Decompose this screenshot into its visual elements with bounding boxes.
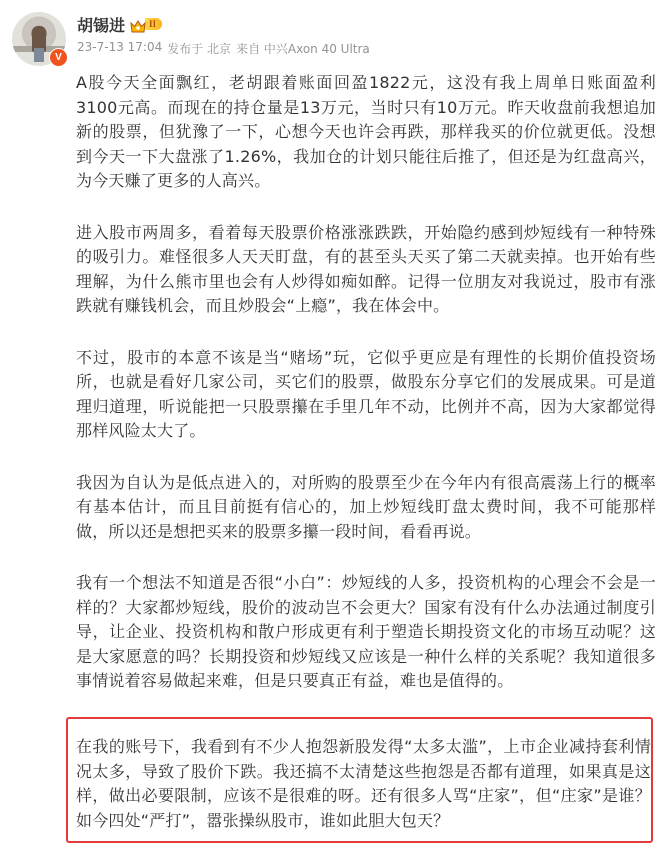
paragraph: 进入股市两周多，看着每天股票价格涨涨跌跌，开始隐约感到炒短线有一种特殊的吸引力。… <box>76 221 656 319</box>
paragraph: 不过，股市的本意不该是当“赌场”玩，它似乎更应是有理性的长期价值投资场所，也就是… <box>76 346 656 444</box>
post-body: A股今天全面飘红，老胡跟着账面回盈1822元，这没有我上周单日账面盈利3100元… <box>76 71 656 721</box>
paragraph: 我有一个想法不知道是否很“小白”：炒短线的人多，投资机构的心理会不会是一样的？大… <box>76 571 656 694</box>
crown-icon <box>130 18 146 31</box>
paragraph: 我因为自认为是低点进入的，对所购的股票至少在今年内有很高震荡上行的概率有基本估计… <box>76 471 656 545</box>
post-location: 发布于 北京 <box>167 40 231 57</box>
post-source: 来自 中兴Axon 40 Ultra <box>236 40 370 57</box>
verified-v-icon: V <box>49 48 68 67</box>
weibo-post: V 胡锡进 II 23-7-13 17:04 发布于 北京 来自 中兴Axon … <box>0 0 660 850</box>
vip-badge[interactable]: II <box>130 16 162 32</box>
avatar[interactable]: V <box>12 12 66 66</box>
post-timestamp[interactable]: 23-7-13 17:04 <box>77 40 162 57</box>
paragraph: A股今天全面飘红，老胡跟着账面回盈1822元，这没有我上周单日账面盈利3100元… <box>76 71 656 194</box>
vip-level: II <box>145 18 162 30</box>
author-name[interactable]: 胡锡进 <box>77 13 125 36</box>
author-row: 胡锡进 II <box>77 12 162 36</box>
post-meta: 23-7-13 17:04 发布于 北京 来自 中兴Axon 40 Ultra <box>77 40 370 57</box>
highlighted-paragraph: 在我的账号下，我看到有不少人抱怨新股发得“太多太滥”，上市企业减持套利情况太多，… <box>76 735 651 833</box>
